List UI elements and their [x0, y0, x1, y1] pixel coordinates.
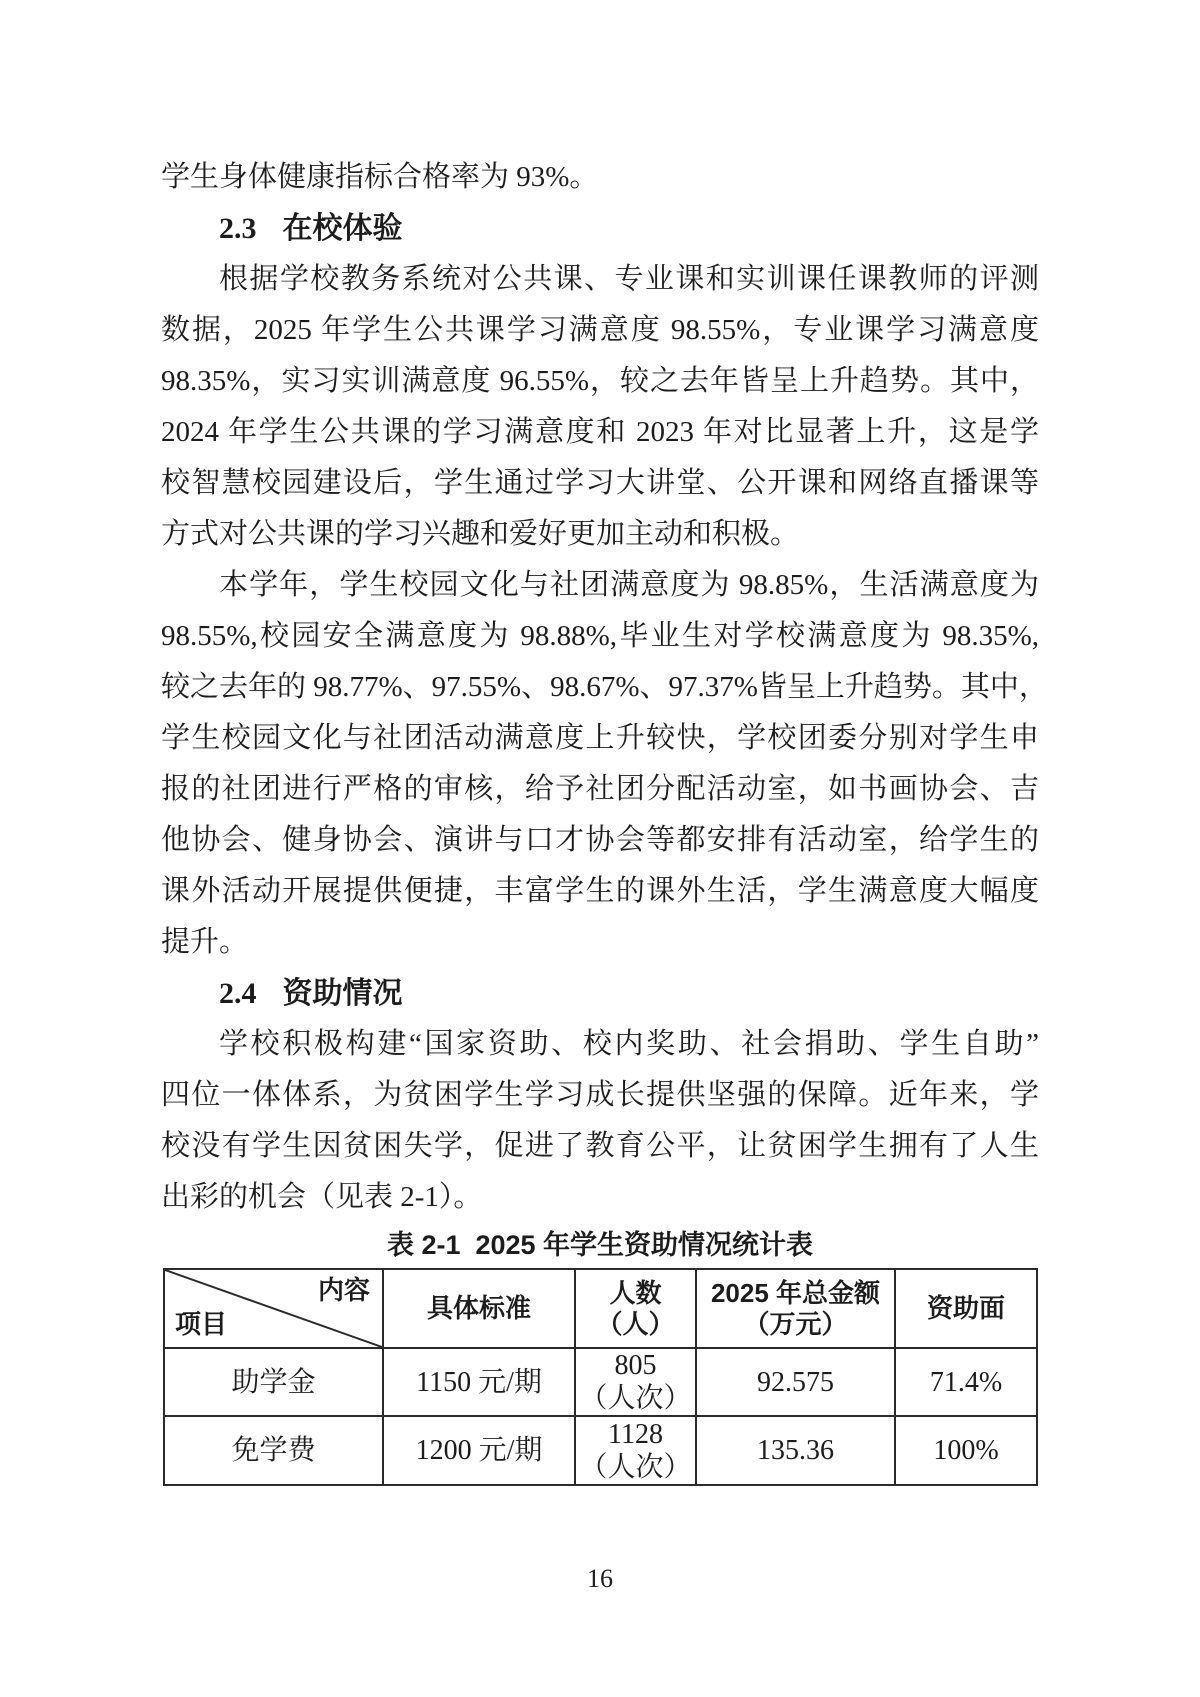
body-text-line: 98.35%，实习实训满意度 96.55%，较之去年皆呈上升趋势。其中， — [161, 356, 1039, 407]
cell-standard: 1150 元/期 — [383, 1348, 575, 1416]
funding-stats-table: 内容 项目 具体标准 人数 （人） 2025 年总金额 （万元） 资助面 助学金… — [163, 1268, 1038, 1486]
table-caption: 表 2-1 2025 年学生资助情况统计表 — [161, 1223, 1039, 1268]
header-cell-coverage: 资助面 — [895, 1269, 1037, 1348]
header-cell-amount: 2025 年总金额 （万元） — [696, 1269, 895, 1348]
cell-coverage: 100% — [895, 1416, 1037, 1485]
body-text-line: 四位一体体系，为贫困学生学习成长提供坚强的保障。近年来，学 — [161, 1070, 1039, 1121]
cell-standard: 1200 元/期 — [383, 1416, 575, 1485]
body-text-line: 课外活动开展提供便捷，丰富学生的课外生活，学生满意度大幅度 — [161, 866, 1039, 917]
cell-count: 805 （人次） — [575, 1348, 696, 1416]
header-cell-standard: 具体标准 — [383, 1269, 575, 1348]
cell-item: 免学费 — [164, 1416, 383, 1485]
body-text-line: 方式对公共课的学习兴趣和爱好更加主动和积极。 — [161, 509, 1039, 560]
body-text-line: 2024 年学生公共课的学习满意度和 2023 年对比显著上升，这是学 — [161, 407, 1039, 458]
cell-count-value: 1128 — [576, 1418, 695, 1451]
body-text-line: 学生校园文化与社团活动满意度上升较快，学校团委分别对学生申 — [161, 713, 1039, 764]
body-text-line: 数据，2025 年学生公共课学习满意度 98.55%，专业课学习满意度 — [161, 305, 1039, 356]
body-text-line: 出彩的机会（见表 2-1）。 — [161, 1172, 1039, 1223]
body-text-line: 校没有学生因贫困失学，促进了教育公平，让贫困学生拥有了人生 — [161, 1121, 1039, 1172]
body-text-line: 校智慧校园建设后，学生通过学习大讲堂、公开课和网络直播课等 — [161, 458, 1039, 509]
header-amount-line1: 2025 年总金额 — [697, 1278, 894, 1309]
table-row: 助学金 1150 元/期 805 （人次） 92.575 71.4% — [164, 1348, 1037, 1416]
body-text-line: 他协会、健身协会、演讲与口才协会等都安排有活动室，给学生的 — [161, 815, 1039, 866]
header-count-line1: 人数 — [576, 1278, 695, 1309]
page-number: 16 — [161, 1564, 1039, 1594]
section-title: 资助情况 — [283, 977, 403, 1010]
body-text-line: 根据学校教务系统对公共课、专业课和实训课任课教师的评测 — [161, 254, 1039, 305]
cell-count: 1128 （人次） — [575, 1416, 696, 1485]
cell-amount: 92.575 — [696, 1348, 895, 1416]
header-cell-count: 人数 （人） — [575, 1269, 696, 1348]
cell-count-unit: （人次） — [576, 1382, 695, 1415]
body-text-line: 本学年，学生校园文化与社团满意度为 98.85%，生活满意度为 — [161, 560, 1039, 611]
diagonal-header-cell: 内容 项目 — [164, 1269, 383, 1348]
section-number: 2.4 — [219, 977, 257, 1010]
table-header-row: 内容 项目 具体标准 人数 （人） 2025 年总金额 （万元） 资助面 — [164, 1269, 1037, 1348]
body-text-line: 98.55%,校园安全满意度为 98.88%,毕业生对学校满意度为 98.35%… — [161, 611, 1039, 662]
diagonal-label-content: 内容 — [318, 1275, 370, 1306]
header-amount-line2: （万元） — [697, 1309, 894, 1340]
section-number: 2.3 — [219, 212, 257, 245]
cell-count-unit: （人次） — [576, 1451, 695, 1484]
diagonal-label-item: 项目 — [175, 1309, 227, 1340]
cell-amount: 135.36 — [696, 1416, 895, 1485]
table-row: 免学费 1200 元/期 1128 （人次） 135.36 100% — [164, 1416, 1037, 1485]
body-text-line: 学生身体健康指标合格率为 93%。 — [161, 152, 1039, 203]
header-count-line2: （人） — [576, 1309, 695, 1340]
section-heading-2-3: 2.3在校体验 — [161, 203, 1039, 254]
text-column: 学生身体健康指标合格率为 93%。 2.3在校体验 根据学校教务系统对公共课、专… — [161, 152, 1039, 1594]
section-heading-2-4: 2.4资助情况 — [161, 968, 1039, 1019]
cell-coverage: 71.4% — [895, 1348, 1037, 1416]
document-page: 学生身体健康指标合格率为 93%。 2.3在校体验 根据学校教务系统对公共课、专… — [0, 0, 1200, 1697]
body-text-line: 提升。 — [161, 917, 1039, 968]
body-text-line: 较之去年的 98.77%、97.55%、98.67%、97.37%皆呈上升趋势。… — [161, 662, 1039, 713]
body-text-line: 学校积极构建“国家资助、校内奖助、社会捐助、学生自助” — [161, 1019, 1039, 1070]
body-text-line: 报的社团进行严格的审核，给予社团分配活动室，如书画协会、吉 — [161, 764, 1039, 815]
cell-count-value: 805 — [576, 1349, 695, 1382]
cell-item: 助学金 — [164, 1348, 383, 1416]
section-title: 在校体验 — [283, 212, 403, 245]
